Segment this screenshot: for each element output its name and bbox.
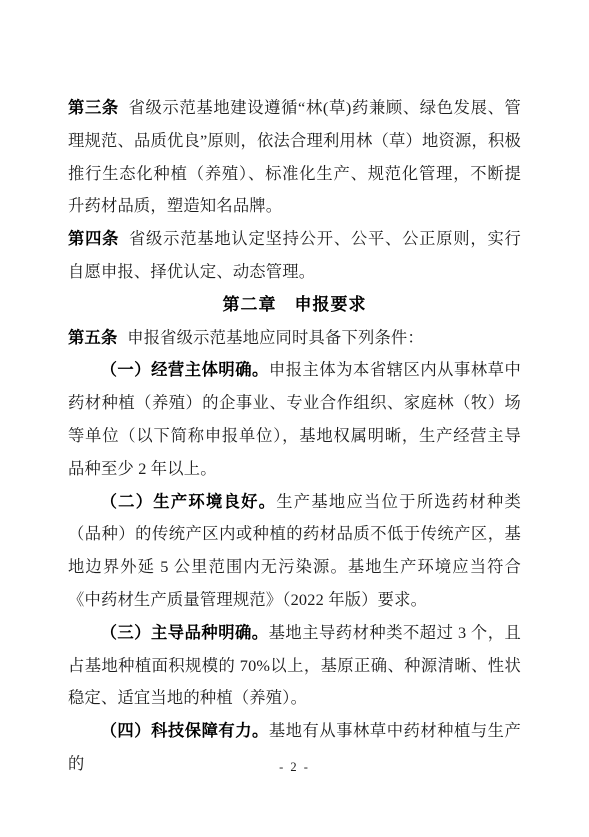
- item-1-lead: （一）经营主体明确。: [101, 360, 269, 379]
- article-5-paragraph: 第五条申报省级示范基地应同时具备下列条件：: [68, 322, 521, 355]
- item-3-paragraph: （三）主导品种明确。基地主导药材种类不超过 3 个，且占基地种植面积规模的 70…: [68, 617, 521, 715]
- item-3-lead: （三）主导品种明确。: [101, 623, 269, 642]
- article-4-text: 省级示范基地认定坚持公开、公平、公正原则，实行自愿申报、择优认定、动态管理。: [68, 229, 521, 281]
- chapter-2-heading: 第二章 申报要求: [68, 289, 521, 322]
- article-5-number: 第五条: [68, 328, 117, 347]
- page-number: - 2 -: [0, 760, 589, 775]
- document-page: 第三条省级示范基地建设遵循“林(草)药兼顾、绿色发展、管理规范、品质优良”原则，…: [0, 0, 589, 837]
- item-2-lead: （二）生产环境良好。: [101, 492, 277, 511]
- item-4-lead: （四）科技保障有力。: [101, 721, 269, 740]
- article-3-paragraph: 第三条省级示范基地建设遵循“林(草)药兼顾、绿色发展、管理规范、品质优良”原则，…: [68, 92, 521, 223]
- item-2-paragraph: （二）生产环境良好。生产基地应当位于所选药材种类（品种）的传统产区内或种植的药材…: [68, 486, 521, 617]
- article-4-number: 第四条: [68, 229, 119, 248]
- article-4-paragraph: 第四条省级示范基地认定坚持公开、公平、公正原则，实行自愿申报、择优认定、动态管理…: [68, 223, 521, 289]
- document-body: 第三条省级示范基地建设遵循“林(草)药兼顾、绿色发展、管理规范、品质优良”原则，…: [68, 92, 521, 781]
- article-5-text: 申报省级示范基地应同时具备下列条件：: [127, 328, 424, 347]
- article-3-number: 第三条: [68, 98, 119, 117]
- item-1-paragraph: （一）经营主体明确。申报主体为本省辖区内从事林草中药材种植（养殖）的企事业、专业…: [68, 354, 521, 485]
- article-3-text: 省级示范基地建设遵循“林(草)药兼顾、绿色发展、管理规范、品质优良”原则，依法合…: [68, 98, 521, 215]
